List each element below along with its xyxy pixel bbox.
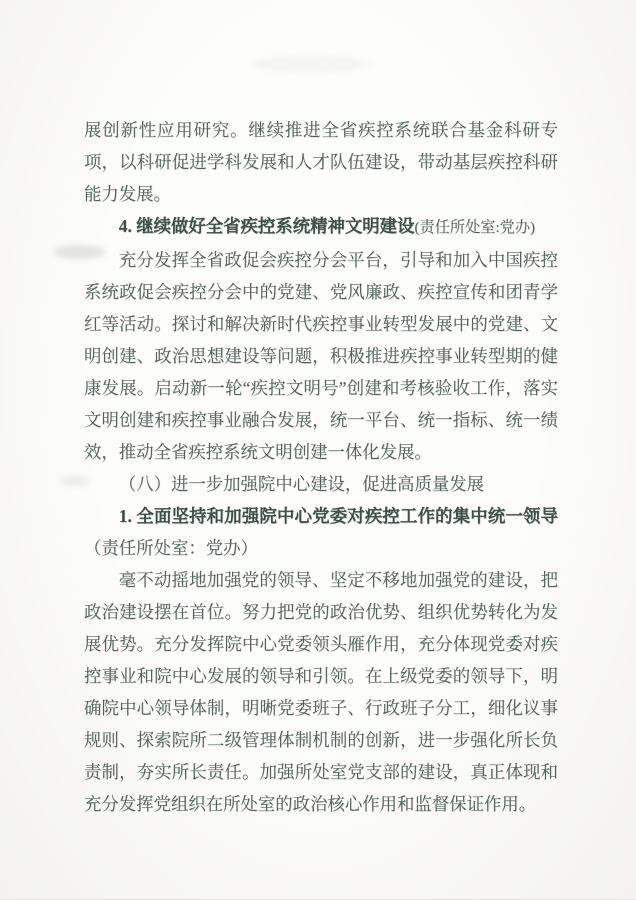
heading-item-1-responsible-dept: （责任所处室：党办） xyxy=(84,538,258,558)
heading-item-1-title: 1. 全面坚持和加强院中心党委对疾控工作的集中统一领导 xyxy=(119,506,558,526)
scanned-document-page: 展创新性应用研究。继续推进全省疾控系统联合基金科研专项，以科研促进学科发展和人才… xyxy=(0,0,636,900)
document-text-block: 展创新性应用研究。继续推进全省疾控系统联合基金科研专项，以科研促进学科发展和人才… xyxy=(84,114,558,820)
heading-section-eight: （八）进一步加强院中心建设，促进高质量发展 xyxy=(84,468,558,500)
scan-smudge xyxy=(250,56,370,72)
paragraph-party-leadership: 毫不动摇地加强党的领导、坚定不移地加强党的建设，把政治建设摆在首位。努力把党的政… xyxy=(84,564,558,820)
heading-item-4: 4. 继续做好全省疾控系统精神文明建设(责任所处室:党办) xyxy=(84,210,558,244)
heading-item-4-title: 4. 继续做好全省疾控系统精神文明建设 xyxy=(119,216,415,236)
paragraph-civilization-building: 充分发挥全省政促会疾控分会平台，引导和加入中国疾控系统政促会疾控分会中的党建、党… xyxy=(84,244,558,468)
heading-item-4-responsible-dept: (责任所处室:党办) xyxy=(414,219,535,236)
paragraph-research-continued: 展创新性应用研究。继续推进全省疾控系统联合基金科研专项，以科研促进学科发展和人才… xyxy=(84,114,558,210)
heading-item-1: 1. 全面坚持和加强院中心党委对疾控工作的集中统一领导（责任所处室：党办） xyxy=(84,500,558,564)
